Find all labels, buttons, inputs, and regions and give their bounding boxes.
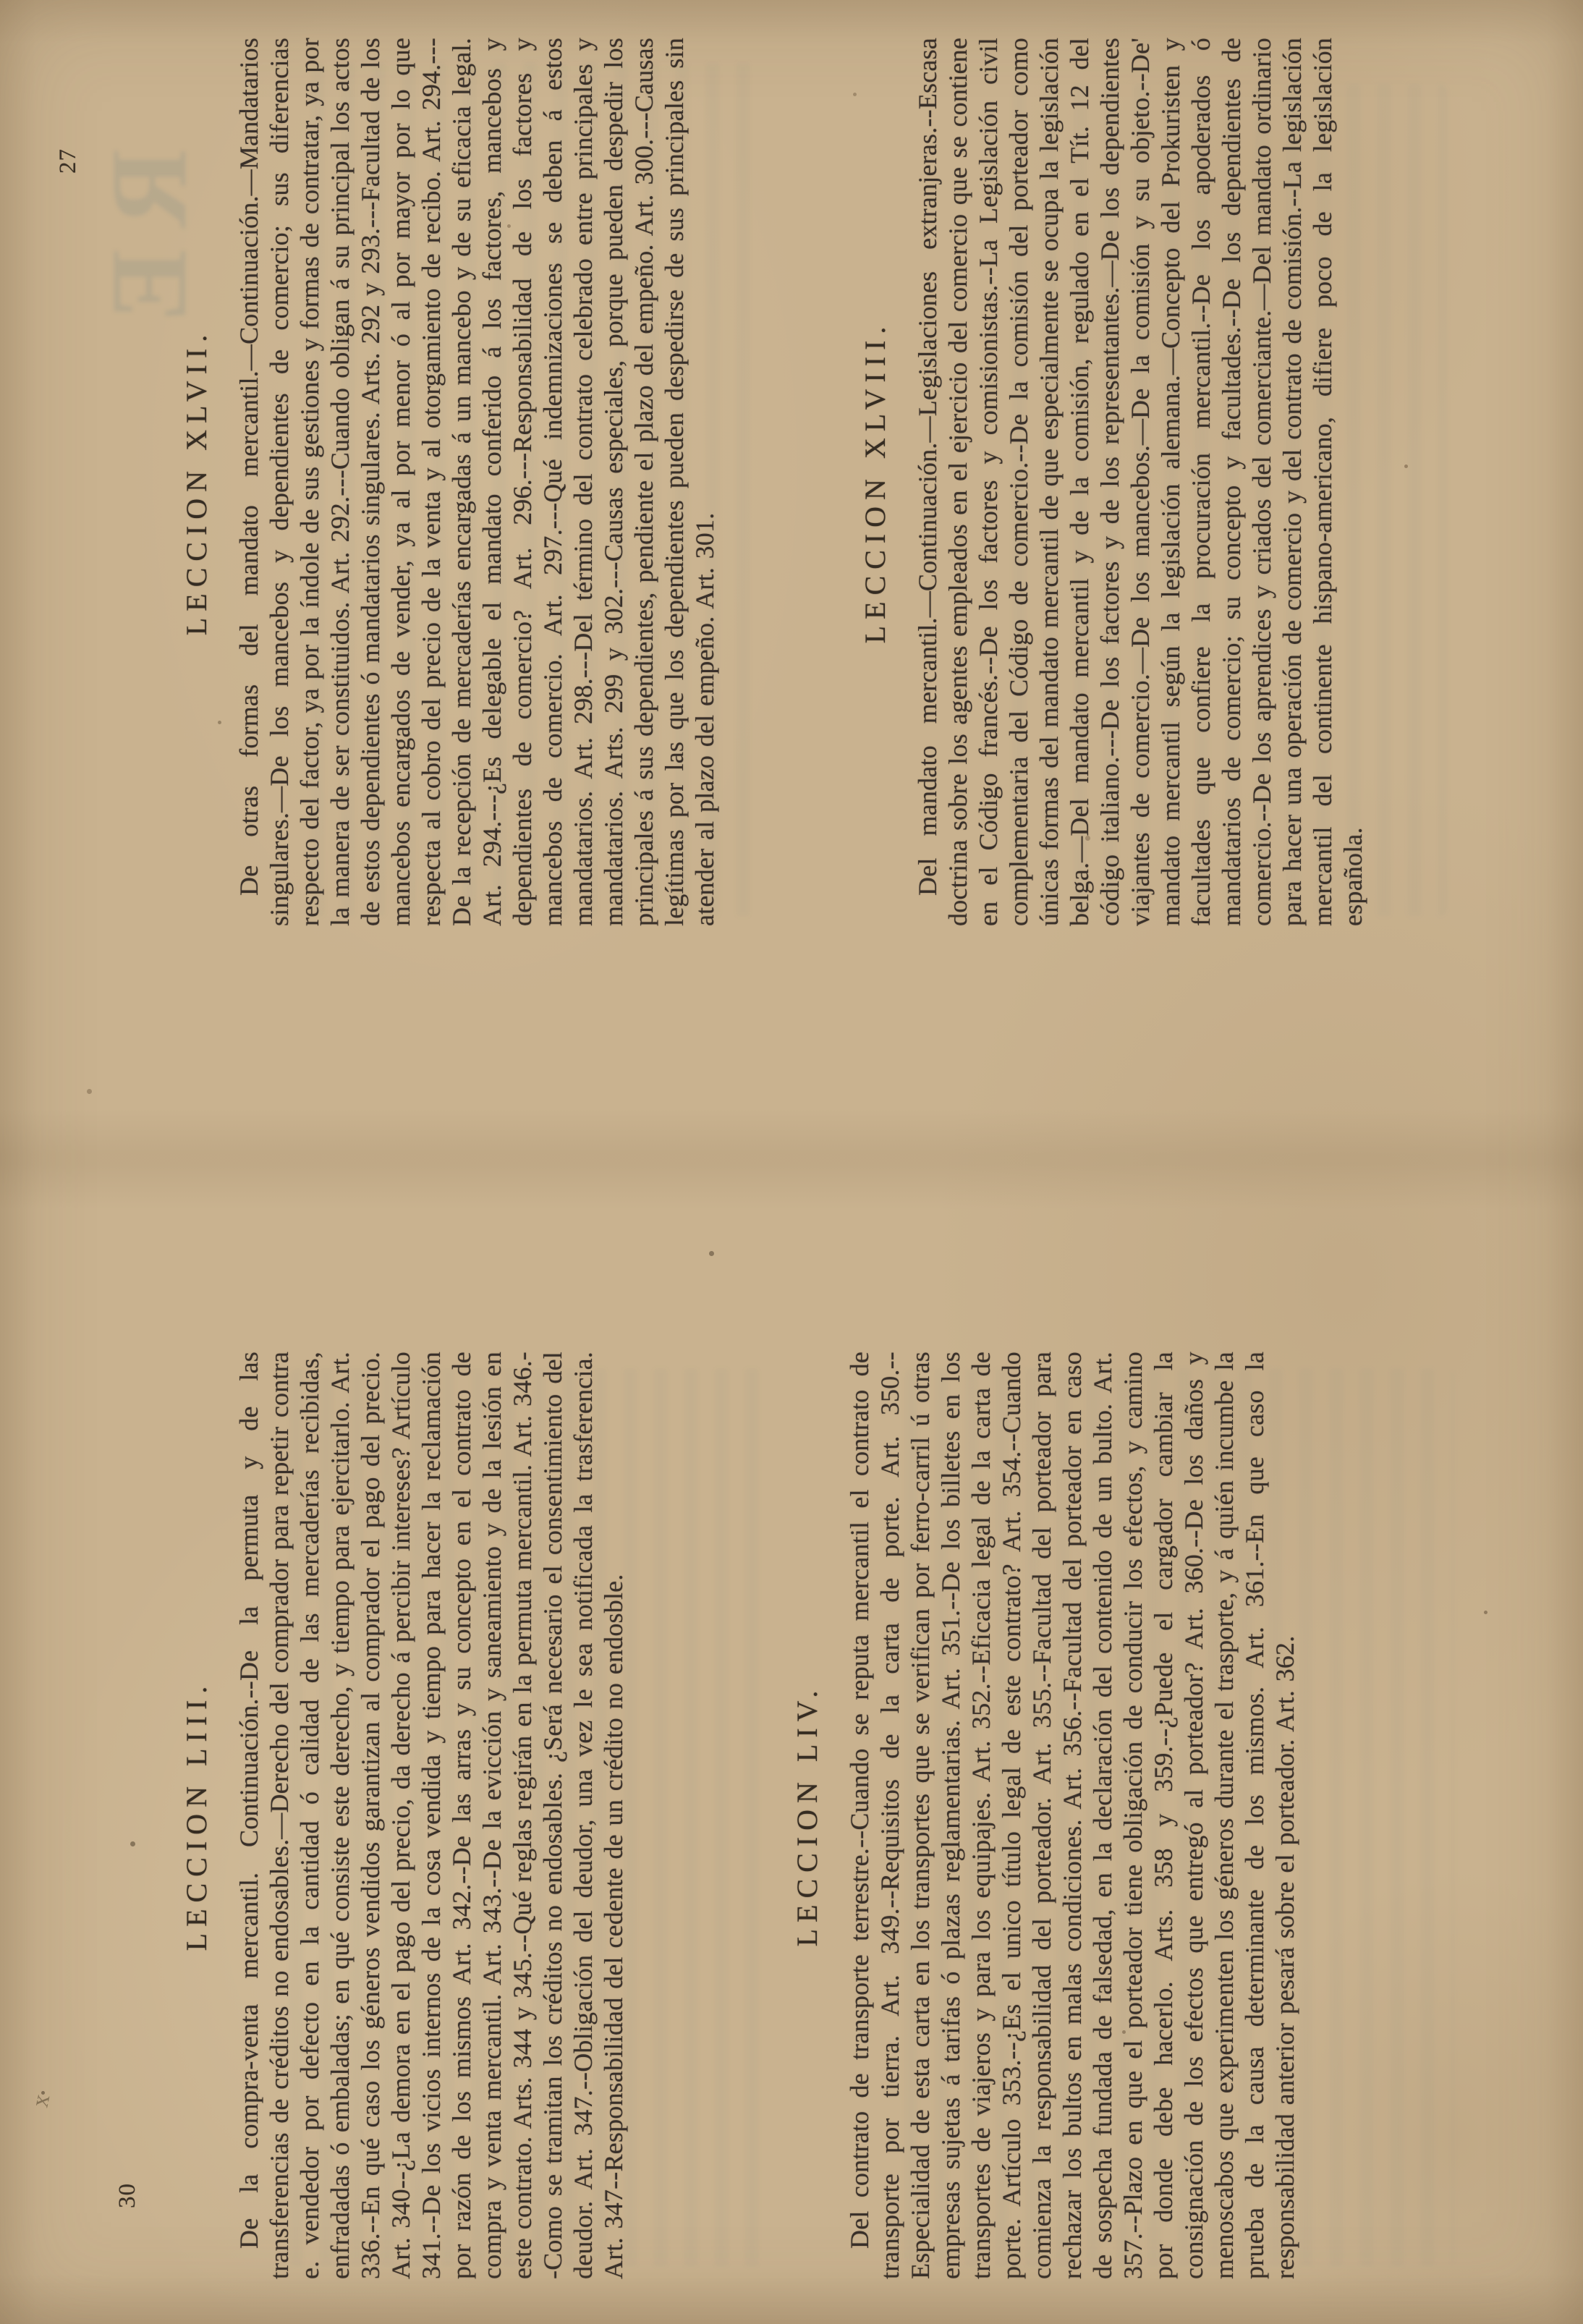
scanned-document: 30 x LECCION LIII. De la compra-venta me… — [0, 0, 1583, 2324]
section-body: De la compra-venta mercantil. Continuaci… — [234, 1352, 629, 2279]
page-27: 27 RE LECCION XLVII. De otras formas del… — [0, 0, 1583, 1162]
page-30: 30 x LECCION LIII. De la compra-venta me… — [0, 1162, 1583, 2324]
section-leccion-xlviii: LECCION XLVIII. Del mandato mercantil.—C… — [858, 38, 1368, 926]
section-body: Del contrato de transporte terrestre.--C… — [844, 1352, 1300, 2279]
section-heading: LECCION XLVII. — [179, 38, 213, 926]
page-spread: 30 x LECCION LIII. De la compra-venta me… — [0, 0, 1583, 2324]
section-body: De otras formas del mandato mercantil.—C… — [234, 38, 720, 926]
page-number-27: 27 — [55, 148, 82, 174]
section-leccion-liii: LECCION LIII. De la compra-venta mercant… — [179, 1352, 629, 2279]
section-heading: LECCION LIII. — [179, 1352, 213, 2279]
section-heading: LECCION LIV. — [790, 1352, 824, 2279]
pen-mark: x — [27, 2092, 56, 2110]
page-number-30: 30 — [114, 2183, 141, 2208]
section-leccion-xlvii: LECCION XLVII. De otras formas del manda… — [179, 38, 720, 926]
section-heading: LECCION XLVIII. — [858, 38, 892, 926]
section-body: Del mandato mercantil.—Continuación.—Leg… — [912, 38, 1368, 926]
section-leccion-liv: LECCION LIV. Del contrato de transporte … — [790, 1352, 1300, 2279]
